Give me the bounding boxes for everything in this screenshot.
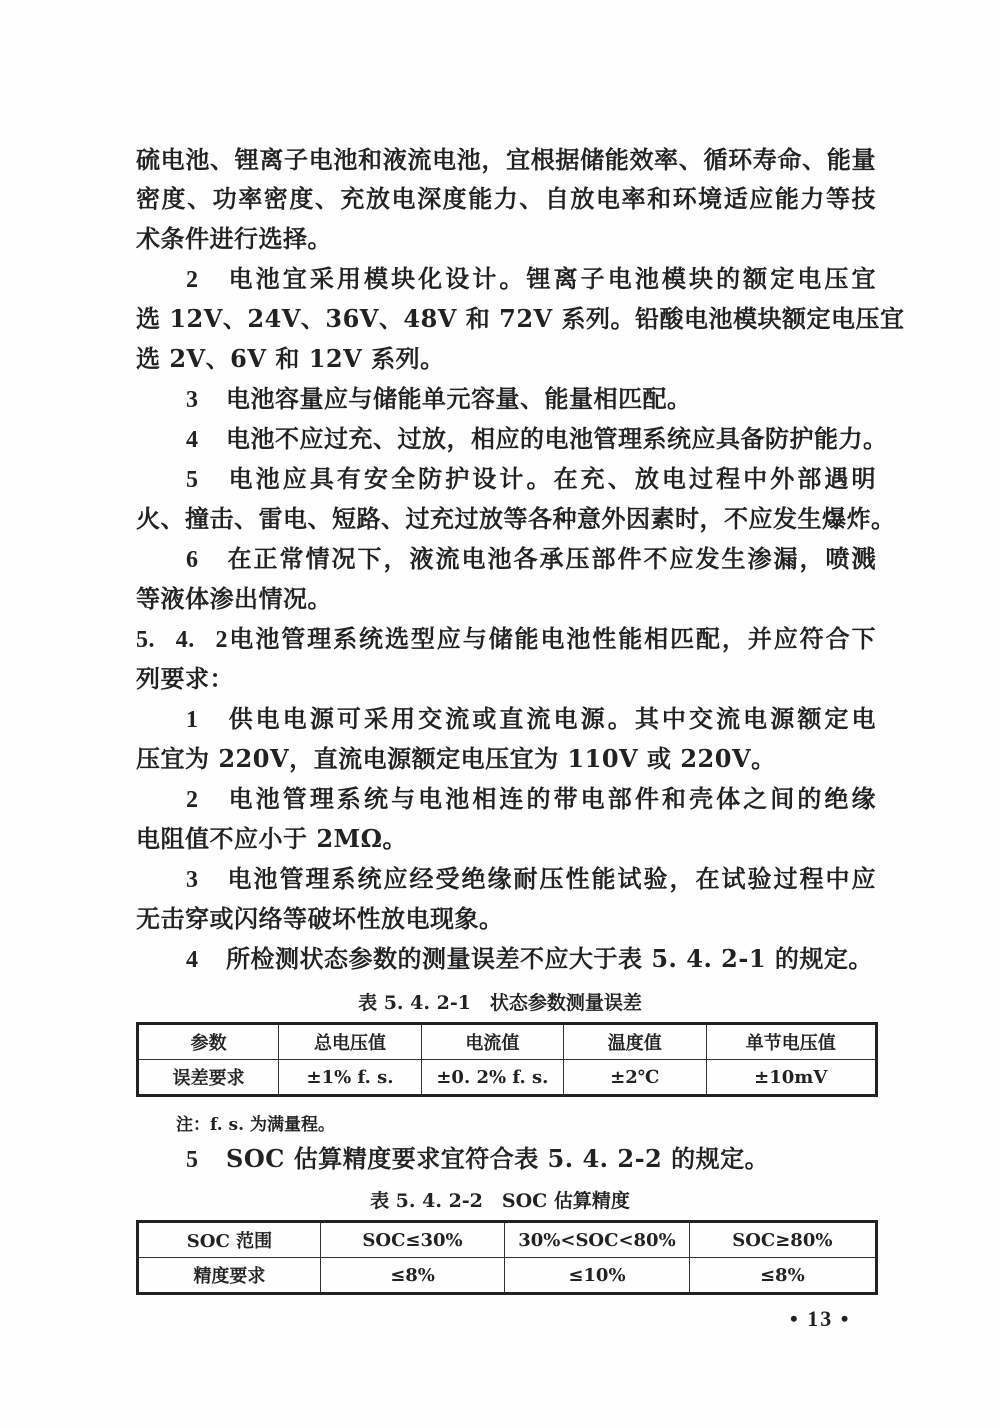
table-cell: ±0. 2% f. s. (421, 1060, 563, 1096)
table-header-row: SOC 范围 SOC≤30% 30%<SOC<80% SOC≥80% (138, 1222, 877, 1258)
text-line: 硫电池、锂离子电池和液流电池，宜根据储能效率、循环寿命、能量 (136, 145, 876, 175)
item-number: 4 (186, 945, 226, 975)
item-text: 电池管理系统应经受绝缘耐压性能试验，在试验过程中应 (226, 864, 876, 893)
table-soc-accuracy: SOC 范围 SOC≤30% 30%<SOC<80% SOC≥80% 精度要求 … (136, 1220, 878, 1295)
table-header-cell: SOC 范围 (138, 1222, 321, 1258)
table-header-cell: 电流值 (421, 1024, 563, 1060)
table-cell: ±2℃ (564, 1060, 706, 1096)
item-number: 5 (186, 1145, 226, 1175)
item-number: 2 (186, 265, 226, 295)
bms-item-4-line: 4所检测状态参数的测量误差不应大于表 5. 4. 2-1 的规定。 (186, 944, 876, 975)
list-item-4-line: 4电池不应过充、过放，相应的电池管理系统应具备防护能力。 (186, 424, 876, 455)
table-cell: ±1% f. s. (279, 1060, 421, 1096)
table-header-cell: SOC≤30% (320, 1222, 504, 1258)
item-number: 6 (186, 545, 226, 575)
table-header-cell: 30%<SOC<80% (505, 1222, 689, 1258)
table-row: 精度要求 ≤8% ≤10% ≤8% (138, 1258, 877, 1294)
item-text: 供电电源可采用交流或直流电源。其中交流电源额定电 (226, 704, 876, 733)
table-2-caption: 表 5. 4. 2-2 SOC 估算精度 (0, 1186, 1000, 1213)
document-page: 硫电池、锂离子电池和液流电池，宜根据储能效率、循环寿命、能量 密度、功率密度、充… (0, 0, 1000, 1428)
list-item-3-line: 3电池容量应与储能单元容量、能量相匹配。 (186, 384, 876, 415)
text-line: 选 2V、6V 和 12V 系列。 (136, 344, 876, 374)
text-line: 等液体渗出情况。 (136, 584, 876, 614)
table-header-row: 参数 总电压值 电流值 温度值 单节电压值 (138, 1024, 877, 1060)
item-text: 电池管理系统与电池相连的带电部件和壳体之间的绝缘 (226, 784, 876, 813)
text-line: 密度、功率密度、充放电深度能力、自放电率和环境适应能力等技 (136, 184, 876, 214)
item-text: 在正常情况下，液流电池各承压部件不应发生渗漏，喷溅 (226, 544, 876, 573)
table-cell: ≤8% (320, 1258, 504, 1294)
table-1-note: 注：f. s. 为满量程。 (176, 1110, 335, 1135)
table-row: 误差要求 ±1% f. s. ±0. 2% f. s. ±2℃ ±10mV (138, 1060, 877, 1096)
item-number: 3 (186, 385, 226, 415)
table-measurement-error: 参数 总电压值 电流值 温度值 单节电压值 误差要求 ±1% f. s. ±0.… (136, 1022, 878, 1097)
item-text: 所检测状态参数的测量误差不应大于表 5. 4. 2-1 的规定。 (226, 944, 873, 973)
table-cell: ≤8% (689, 1258, 876, 1294)
bms-item-5-line: 5SOC 估算精度要求宜符合表 5. 4. 2-2 的规定。 (186, 1144, 876, 1175)
table-cell: ≤10% (505, 1258, 689, 1294)
text-line: 火、撞击、雷电、短路、过充过放等各种意外因素时，不应发生爆炸。 (136, 504, 876, 534)
table-header-cell: 温度值 (564, 1024, 706, 1060)
text-line: 无击穿或闪络等破坏性放电现象。 (136, 904, 876, 934)
text-line: 术条件进行选择。 (136, 224, 876, 254)
item-text: 电池容量应与储能单元容量、能量相匹配。 (226, 384, 692, 413)
text-line: 电阻值不应小于 2MΩ。 (136, 824, 876, 854)
item-text: 电池不应过充、过放，相应的电池管理系统应具备防护能力。 (226, 424, 888, 453)
clause-heading-line: 5. 4. 2电池管理系统选型应与储能电池性能相匹配，并应符合下 (136, 624, 876, 655)
clause-number: 5. 4. 2 (136, 625, 228, 655)
bms-item-1-line: 1供电电源可采用交流或直流电源。其中交流电源额定电 (186, 704, 876, 735)
table-cell: 精度要求 (138, 1258, 321, 1294)
text-line: 压宜为 220V，直流电源额定电压宜为 110V 或 220V。 (136, 744, 876, 774)
clause-text: 电池管理系统选型应与储能电池性能相匹配，并应符合下 (228, 624, 876, 653)
table-1-caption: 表 5. 4. 2-1 状态参数测量误差 (0, 988, 1000, 1015)
item-number: 4 (186, 425, 226, 455)
table-header-cell: 总电压值 (279, 1024, 421, 1060)
item-number: 1 (186, 705, 226, 735)
table-header-cell: 单节电压值 (706, 1024, 876, 1060)
table-cell: ±10mV (706, 1060, 876, 1096)
page-number: • 13 • (790, 1306, 850, 1332)
table-cell: 误差要求 (138, 1060, 279, 1096)
bms-item-2-line: 2电池管理系统与电池相连的带电部件和壳体之间的绝缘 (186, 784, 876, 815)
item-number: 5 (186, 465, 226, 495)
item-text: 电池应具有安全防护设计。在充、放电过程中外部遇明 (226, 464, 876, 493)
list-item-2-line: 2电池宜采用模块化设计。锂离子电池模块的额定电压宜 (186, 264, 876, 295)
list-item-5-line: 5电池应具有安全防护设计。在充、放电过程中外部遇明 (186, 464, 876, 495)
bms-item-3-line: 3电池管理系统应经受绝缘耐压性能试验，在试验过程中应 (186, 864, 876, 895)
list-item-6-line: 6在正常情况下，液流电池各承压部件不应发生渗漏，喷溅 (186, 544, 876, 575)
item-text: SOC 估算精度要求宜符合表 5. 4. 2-2 的规定。 (226, 1144, 769, 1173)
text-line: 列要求： (136, 664, 876, 694)
item-text: 电池宜采用模块化设计。锂离子电池模块的额定电压宜 (226, 264, 876, 293)
item-number: 3 (186, 865, 226, 895)
table-header-cell: 参数 (138, 1024, 279, 1060)
text-line: 选 12V、24V、36V、48V 和 72V 系列。铅酸电池模块额定电压宜 (136, 304, 876, 334)
item-number: 2 (186, 785, 226, 815)
table-header-cell: SOC≥80% (689, 1222, 876, 1258)
